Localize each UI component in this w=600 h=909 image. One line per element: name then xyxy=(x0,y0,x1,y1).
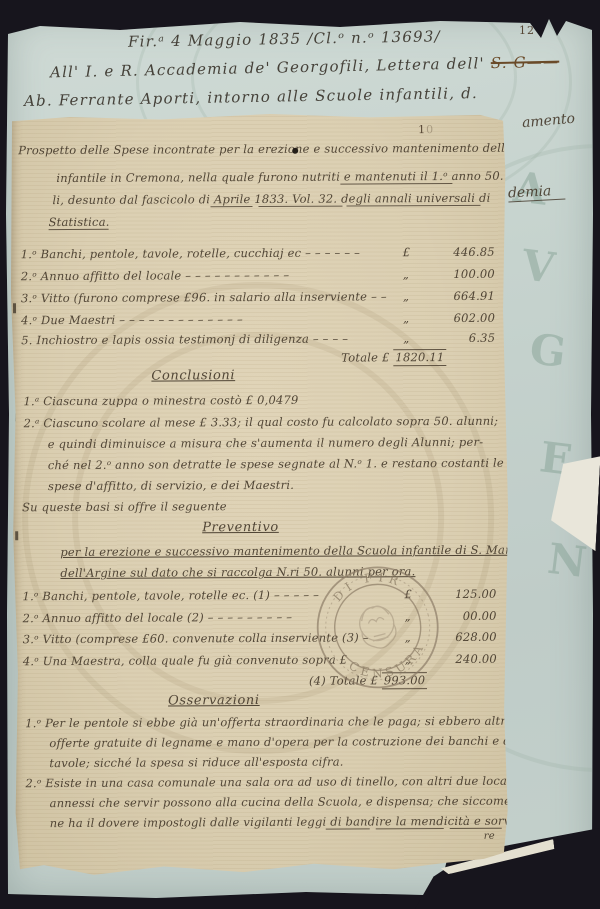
outer-page-number: 12 xyxy=(519,24,535,37)
row-num: 2.ᵒ xyxy=(21,269,37,283)
row-label: Inchiostro e lapis ossia testimonj di di… xyxy=(36,332,309,347)
underline-stroke xyxy=(49,229,109,230)
leader-dashes: – – – – – – – – – – – xyxy=(185,268,289,283)
expense-row: 3.ᵒ Vitto (furono comprese £96. in salar… xyxy=(21,289,501,306)
amount: 446.85 xyxy=(419,245,495,259)
row-label: Due Maestri xyxy=(41,313,116,327)
leader-dashes: – – – – – – xyxy=(305,245,360,259)
total-amount: 1820.11 xyxy=(393,349,446,366)
watermark-letter: G xyxy=(527,324,569,377)
row-num: 3.ᵒ xyxy=(21,291,37,305)
expense-row: 4.ᵒ Due Maestri – – – – – – – – – – – – … xyxy=(21,311,501,328)
conclusioni-item: 1.ᵃ Ciascuna zuppa o minestra costò £ 0,… xyxy=(23,393,298,408)
conclusioni-item: ché nel 2.ᵒ anno son detratte le spese s… xyxy=(48,456,504,472)
section-heading-osservazioni: Osservazioni xyxy=(168,693,260,708)
osservazioni-item: 1.ᵒ Per le pentole si ebbe già un'offert… xyxy=(25,714,523,731)
watermark-letter: V xyxy=(519,240,557,293)
leader-dashes: – – – – xyxy=(313,332,348,346)
row-num: 4.ᵒ xyxy=(21,313,37,327)
manuscript-scan: A V G E N Fir.ᵃ 4 Maggio 1835 /Cl.ᵒ n.ᵒ … xyxy=(0,0,600,909)
currency: „ xyxy=(403,331,409,345)
underline-stroke xyxy=(346,205,480,207)
osservazioni-item: offerte gratuite di legname e mano d'ope… xyxy=(49,734,532,751)
amount: 6.35 xyxy=(419,331,495,345)
leader-dashes: – – xyxy=(371,289,387,303)
preventivo-line: per la erezione e successivo manteniment… xyxy=(60,543,534,559)
underline-stroke xyxy=(376,828,444,829)
underline-stroke xyxy=(340,183,452,185)
conclusioni-item: e quindi diminuisce a misura che s'aumen… xyxy=(48,435,484,451)
leader-dashes: – – – – – – – – – xyxy=(208,610,292,624)
row-num: 4.ᵒ xyxy=(23,654,39,668)
conclusioni-item: 2.ᵃ Ciascuno scolare al mese £ 3.33; il … xyxy=(24,414,499,430)
total-row: Totale £ 1820.11 xyxy=(341,350,446,365)
ink-blot xyxy=(292,148,298,154)
amount: 664.91 xyxy=(419,289,495,303)
inner-page: 10 Prospetto delle Spese incontrate per … xyxy=(10,111,510,878)
amount: 100.00 xyxy=(419,267,495,281)
amount: 602.00 xyxy=(419,311,495,325)
prospetto-line: infantile in Cremona, nella quale furono… xyxy=(56,168,553,185)
currency: £ xyxy=(403,245,411,259)
conclusioni-item: spese d'affitto, di servizio, e dei Maes… xyxy=(48,478,294,493)
section-heading-conclusioni: Conclusioni xyxy=(151,368,235,383)
underline-stroke xyxy=(326,828,370,829)
row-num: 5. xyxy=(21,333,32,347)
margin-ink-mark xyxy=(15,531,18,540)
currency: „ xyxy=(403,289,409,303)
underline-stroke xyxy=(450,828,502,829)
margin-ink-mark xyxy=(13,303,16,313)
section-heading-preventivo: Preventivo xyxy=(202,520,279,535)
row-label: Annuo affitto del locale xyxy=(41,268,182,283)
osservazioni-item: 2.ᵒ Esiste in una casa comunale una sala… xyxy=(25,774,514,791)
currency: „ xyxy=(403,311,409,325)
inner-page-digit: 0 xyxy=(426,123,434,136)
row-num: 2.ᵒ xyxy=(23,611,39,625)
leader-dashes: – – – – – – – – – – – – – xyxy=(119,312,243,327)
row-num: 1.ᵒ xyxy=(21,247,37,261)
row-label: Banchi, pentole, tavole, rotelle ec. (1) xyxy=(42,588,270,603)
prospetto-line: Prospetto delle Spese incontrate per la … xyxy=(18,140,556,157)
bridge-line: Su queste basi si offre il seguente xyxy=(22,499,227,514)
struck-word: S. G—— xyxy=(491,53,560,72)
expense-row: 2.ᵒ Annuo affitto del locale – – – – – –… xyxy=(21,267,501,284)
row-label: Banchi, pentole, tavole, rotelle, cucchi… xyxy=(41,246,302,261)
bleed-fragment: demia xyxy=(508,183,566,203)
row-label: Vitto (furono comprese £96. in salario a… xyxy=(41,289,367,305)
currency: „ xyxy=(403,267,409,281)
inner-page-digit: 1 xyxy=(418,123,426,136)
prospetto-line: Statistica. xyxy=(49,215,110,229)
expense-row: 1.ᵒ Banchi, pentole, tavole, rotelle, cu… xyxy=(21,245,501,262)
row-label: Una Maestra, colla quale fu già convenut… xyxy=(43,653,348,669)
osservazioni-item: tavole; sicché la spesa si riduce all'es… xyxy=(49,755,343,771)
expense-row: 5. Inchiostro e lapis ossia testimonj di… xyxy=(21,331,501,348)
osservazioni-item: annessi che servir possono alla cucina d… xyxy=(50,793,566,810)
row-num: 1.ᵒ xyxy=(22,589,38,603)
total-label: Totale xyxy=(341,350,378,364)
currency: £ xyxy=(382,350,390,364)
inner-page-number: 10 xyxy=(418,123,434,136)
row-num: 3.ᵒ xyxy=(23,632,39,646)
underline-stroke xyxy=(210,206,252,207)
catchword: re xyxy=(484,831,495,842)
underline-stroke xyxy=(258,206,342,207)
row-label: Annuo affitto del locale (2) xyxy=(42,610,203,625)
